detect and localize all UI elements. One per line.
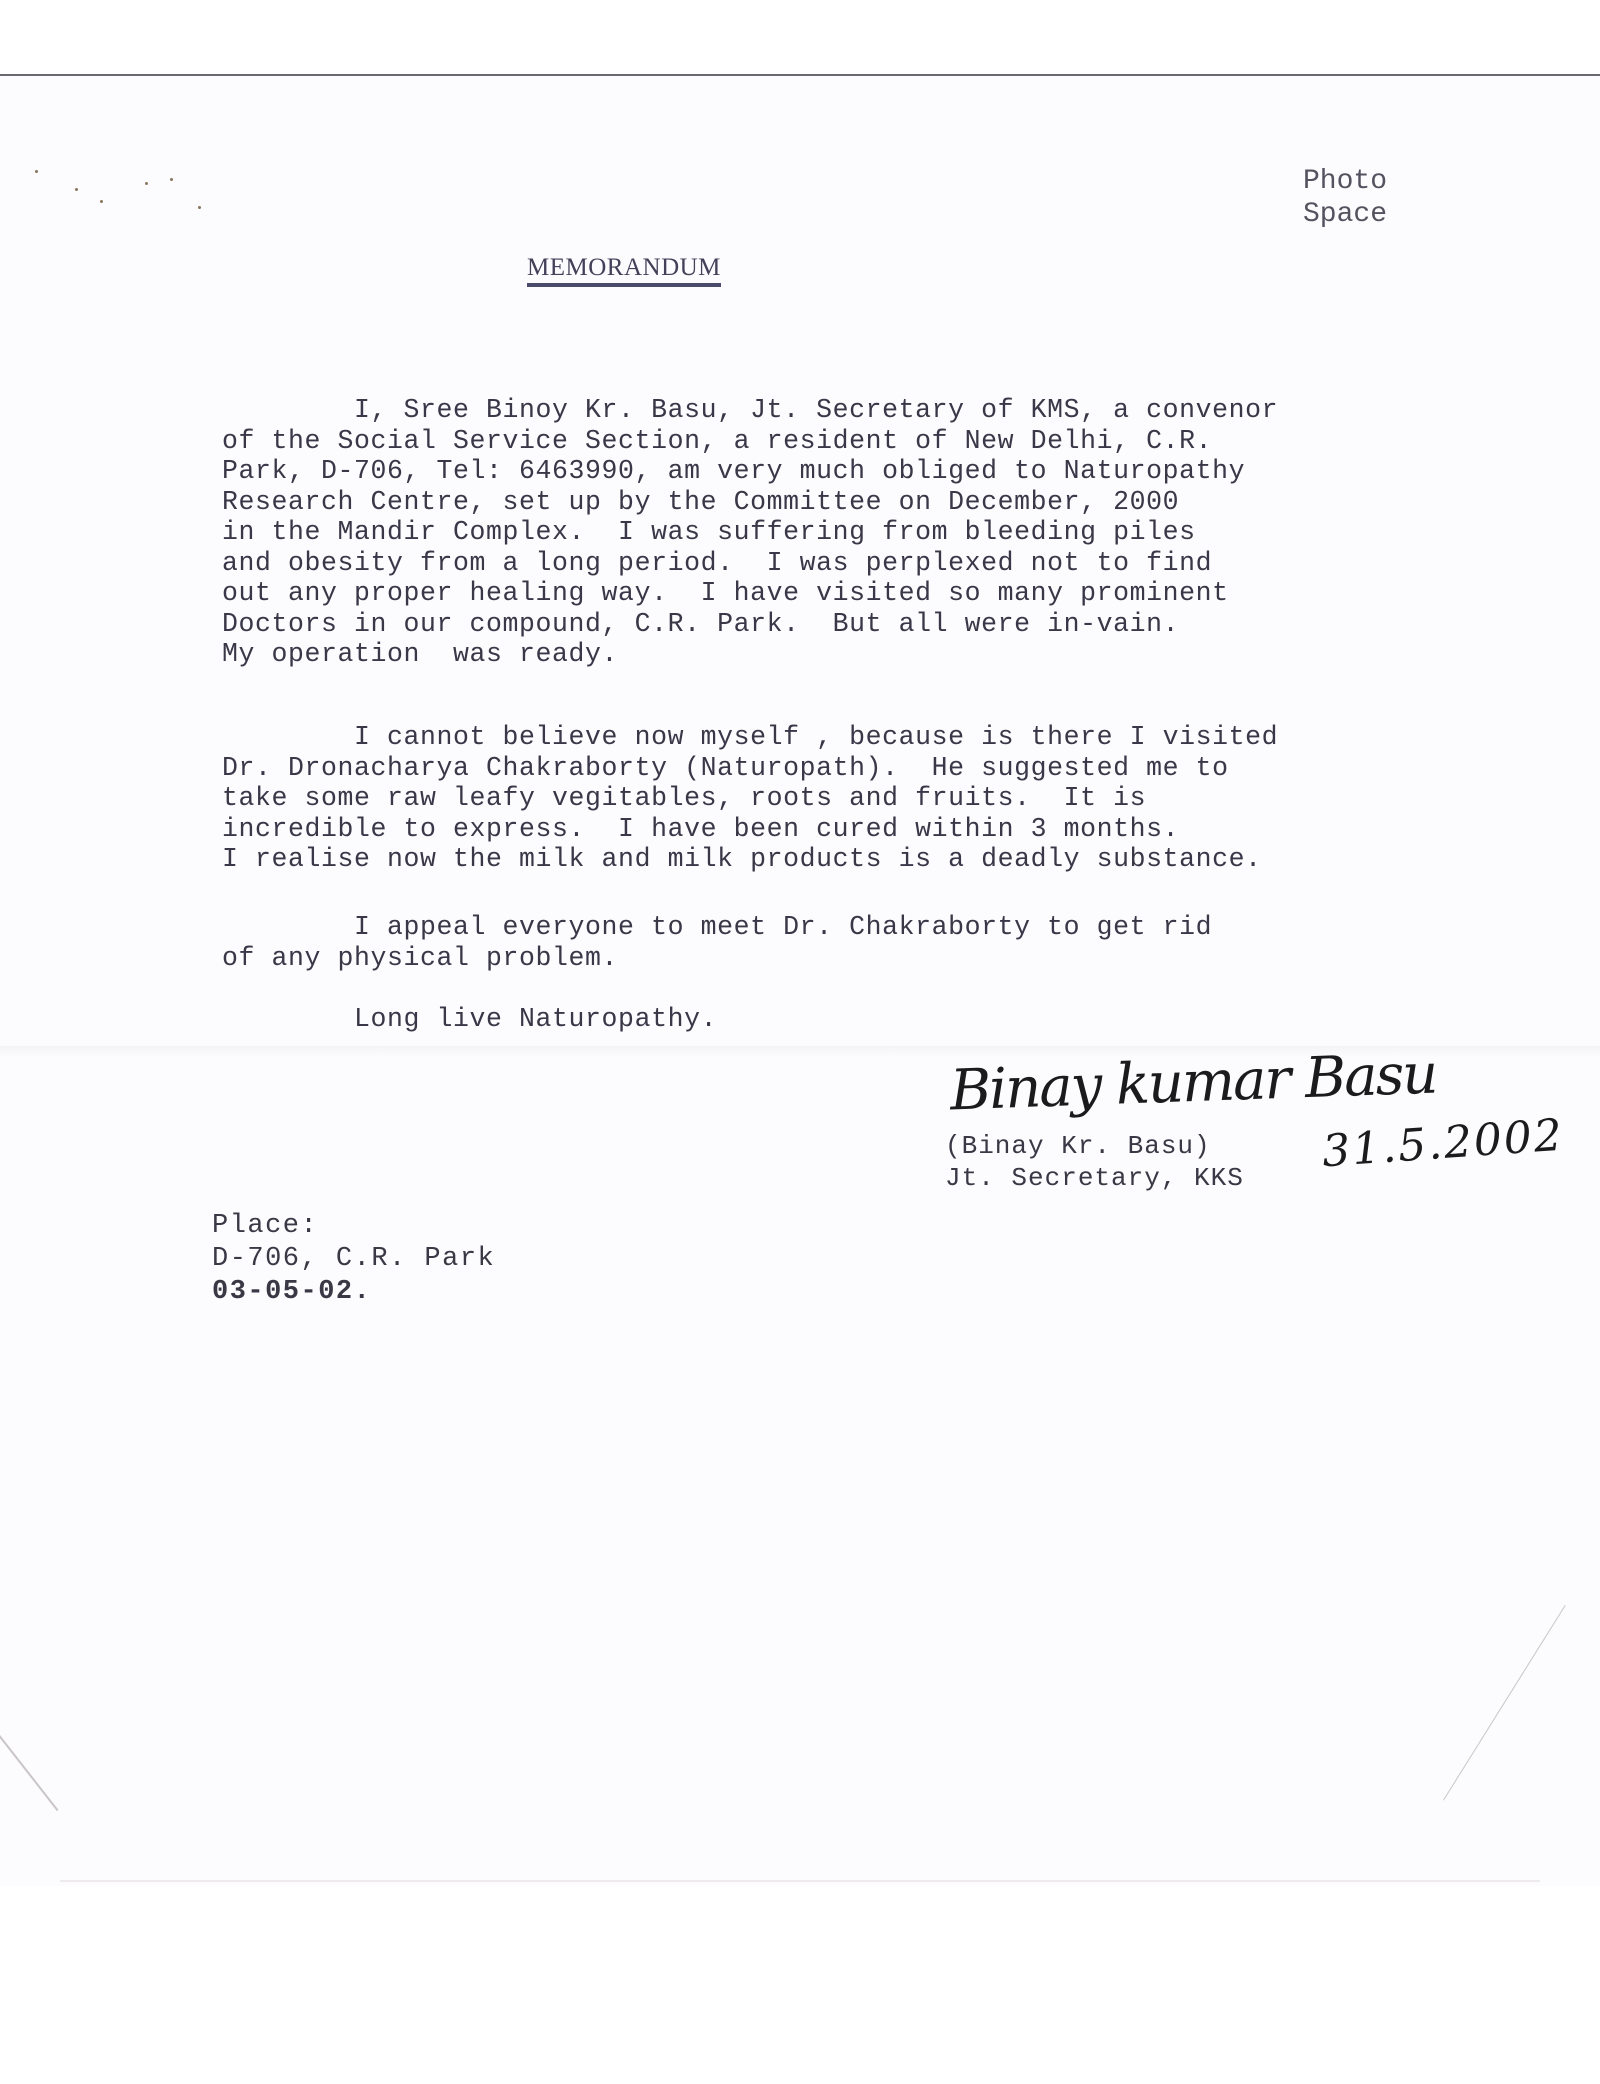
photo-label-line: Space: [1303, 199, 1387, 230]
typed-title: Jt. Secretary, KKS: [945, 1162, 1244, 1194]
text-line: in the Mandir Complex. I was suffering f…: [222, 517, 1502, 548]
typed-name: (Binay Kr. Basu): [945, 1130, 1244, 1162]
paper-specks: [30, 160, 230, 220]
text-line: and obesity from a long period. I was pe…: [222, 548, 1502, 579]
text-line: I, Sree Binoy Kr. Basu, Jt. Secretary of…: [222, 395, 1502, 426]
paper-bottom-edge: [60, 1880, 1540, 1882]
text-line: of the Social Service Section, a residen…: [222, 426, 1502, 457]
text-line: Doctors in our compound, C.R. Park. But …: [222, 609, 1502, 640]
text-line: Dr. Dronacharya Chakraborty (Naturopath)…: [222, 753, 1502, 784]
paragraph-introduction: I, Sree Binoy Kr. Basu, Jt. Secretary of…: [222, 395, 1502, 670]
paragraph-appeal: I appeal everyone to meet Dr. Chakrabort…: [222, 912, 1502, 973]
text-line: I realise now the milk and milk products…: [222, 844, 1502, 875]
paragraph-treatment: I cannot believe now myself , because is…: [222, 722, 1502, 875]
memorandum-title: MEMORANDUM: [527, 254, 721, 287]
text-line: Long live Naturopathy.: [222, 1004, 1502, 1035]
place-block: Place: D-706, C.R. Park 03-05-02.: [212, 1210, 495, 1309]
text-line: of any physical problem.: [222, 943, 1502, 974]
signature-block: (Binay Kr. Basu) Jt. Secretary, KKS: [945, 1130, 1244, 1194]
text-line: My operation was ready.: [222, 639, 1502, 670]
photo-label-line: Photo: [1303, 166, 1387, 197]
paragraph-closing: Long live Naturopathy.: [222, 1004, 1502, 1035]
paper-sheet: [0, 74, 1600, 1886]
text-line: take some raw leafy vegitables, roots an…: [222, 783, 1502, 814]
place-label: Place:: [212, 1210, 495, 1243]
text-line: I cannot believe now myself , because is…: [222, 722, 1502, 753]
text-line: incredible to express. I have been cured…: [222, 814, 1502, 845]
text-line: out any proper healing way. I have visit…: [222, 578, 1502, 609]
text-line: Park, D-706, Tel: 6463990, am very much …: [222, 456, 1502, 487]
place-date: 03-05-02.: [212, 1276, 495, 1309]
photo-space-label: Photo Space: [1303, 165, 1387, 231]
text-line: I appeal everyone to meet Dr. Chakrabort…: [222, 912, 1502, 943]
text-line: Research Centre, set up by the Committee…: [222, 487, 1502, 518]
place-address: D-706, C.R. Park: [212, 1243, 495, 1276]
